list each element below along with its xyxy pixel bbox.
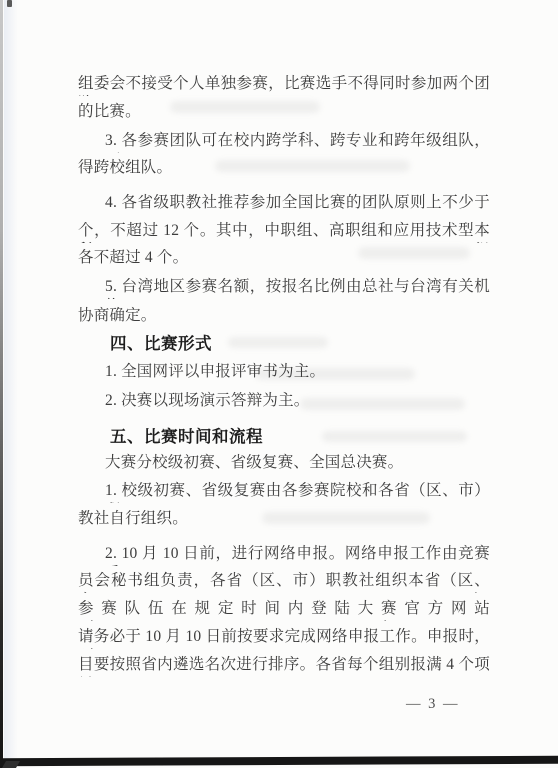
page-number: — 3 —	[406, 696, 460, 713]
bleed-through-smudge	[170, 101, 320, 113]
body-text-line: 得跨校组队。	[78, 158, 172, 178]
bleed-through-smudge	[262, 512, 430, 524]
bottom-scan-bar	[0, 756, 558, 766]
body-text-line: 组委会不接受个人单独参赛，比赛选手不得同时参加两个团队	[78, 74, 490, 96]
body-text-line: 的比赛。	[78, 102, 141, 122]
top-left-speck	[7, 0, 12, 7]
body-text-line: 2. 决赛以现场演示答辩为主。	[105, 391, 310, 411]
body-text-line: 3. 各参赛团队可在校内跨学科、跨专业和跨年级组队，不	[105, 131, 490, 153]
bleed-through-smudge	[358, 247, 470, 259]
bleed-through-smudge	[322, 431, 467, 442]
body-text-line: 1. 校级初赛、省级复赛由各参赛院校和各省（区、市）职	[105, 481, 490, 503]
body-text-line: 员会秘书组负责，各省（区、市）职教社组织本省（区、市）	[78, 571, 490, 593]
left-scan-edge-line	[0, 0, 3, 768]
body-text-line: 个，不超过 12 个。其中，中职组、高职组和应用技术型本科组	[78, 221, 490, 243]
body-text-line-with-website: 参赛队伍在规定时间内登陆大赛官方网站（www.zhzjcxcy.com），	[78, 599, 490, 621]
body-text-line: 目要按照省内遴选名次进行排序。各省每个组别报满 4 个项目	[78, 655, 490, 677]
body-text-line: 1. 全国网评以申报评审书为主。	[105, 362, 325, 382]
section-heading-competition-format: 四、比赛形式	[110, 334, 212, 354]
body-text-line: 2. 10 月 10 日前，进行网络申报。网络申报工作由竞赛委	[105, 544, 490, 566]
section-heading-competition-schedule: 五、比赛时间和流程	[110, 427, 263, 447]
body-text-line: 教社自行组织。	[78, 509, 188, 529]
body-text-line: 各不超过 4 个。	[78, 248, 188, 268]
body-text-line: 请务必于 10 月 10 日前按要求完成网络申报工作。申报时，项	[78, 627, 490, 649]
left-scan-light-band	[4, 0, 18, 768]
body-text-line: 协商确定。	[78, 306, 157, 326]
bleed-through-smudge	[215, 160, 410, 172]
bleed-through-smudge	[300, 398, 465, 410]
body-text-line: 4. 各省级职教社推荐参加全国比赛的团队原则上不少于 6	[105, 193, 490, 215]
bleed-through-smudge	[228, 337, 328, 348]
body-text-line: 大赛分校级初赛、省级复赛、全国总决赛。	[105, 453, 403, 473]
scanned-document-page: 组委会不接受个人单独参赛，比赛选手不得同时参加两个团队 的比赛。 3. 各参赛团…	[0, 0, 558, 768]
body-text-line: 5. 台湾地区参赛名额，按报名比例由总社与台湾有关机构	[105, 277, 490, 299]
